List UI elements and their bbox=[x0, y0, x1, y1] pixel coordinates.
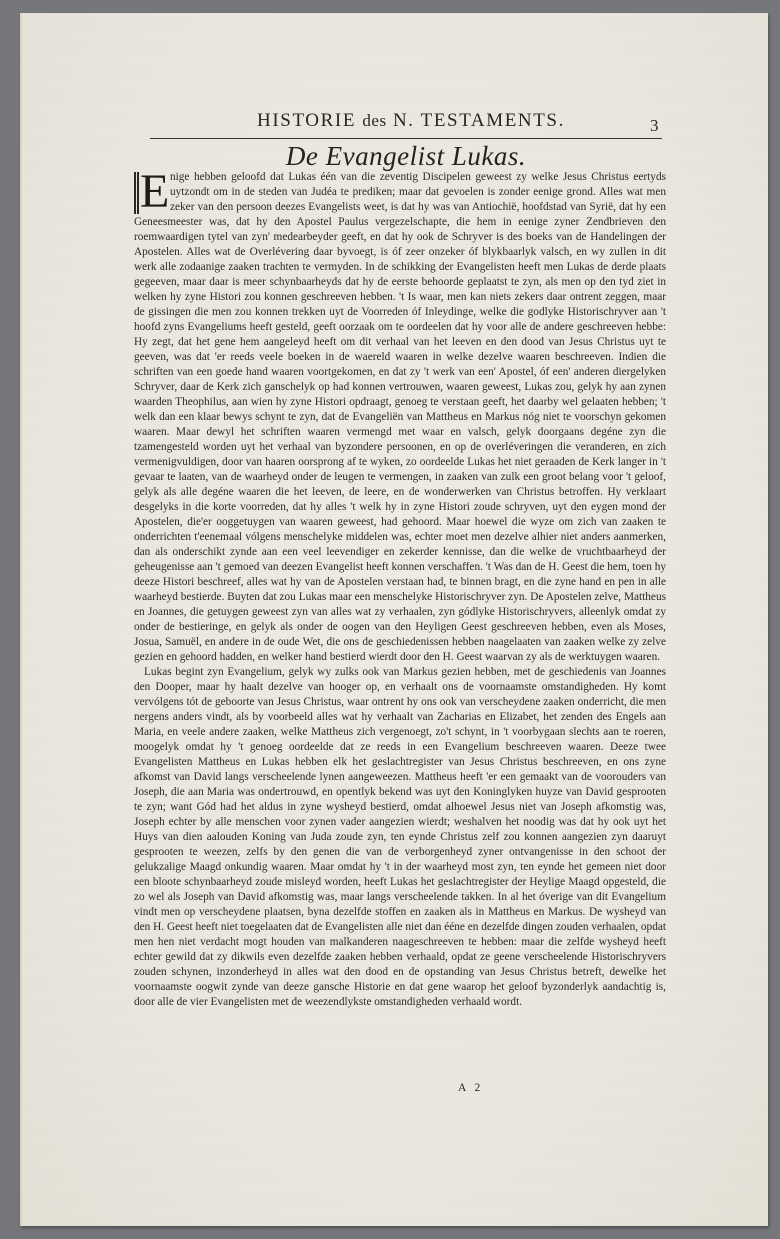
chapter-title: De Evangelist Lukas. bbox=[150, 141, 662, 172]
running-head-part2: des bbox=[362, 111, 386, 130]
running-head-part3: N. TESTAMENTS. bbox=[393, 110, 565, 131]
book-page: HISTORIE des N. TESTAMENTS. 3 De Evangel… bbox=[20, 13, 768, 1226]
page-number: 3 bbox=[650, 116, 659, 136]
paragraph-2: Lukas begint zyn Evangelium, gelyk wy zu… bbox=[134, 665, 666, 1010]
header-rule bbox=[150, 138, 662, 139]
signature-mark: A 2 bbox=[458, 1082, 483, 1094]
running-head: HISTORIE des N. TESTAMENTS. bbox=[150, 110, 672, 132]
paragraph-1-text: nige hebben geloofd dat Lukas één van di… bbox=[134, 171, 666, 663]
drop-cap: E bbox=[134, 172, 164, 214]
body-text: Enige hebben geloofd dat Lukas één van d… bbox=[134, 170, 666, 1010]
paragraph-1: Enige hebben geloofd dat Lukas één van d… bbox=[134, 170, 666, 665]
running-head-part1: HISTORIE bbox=[257, 110, 356, 131]
